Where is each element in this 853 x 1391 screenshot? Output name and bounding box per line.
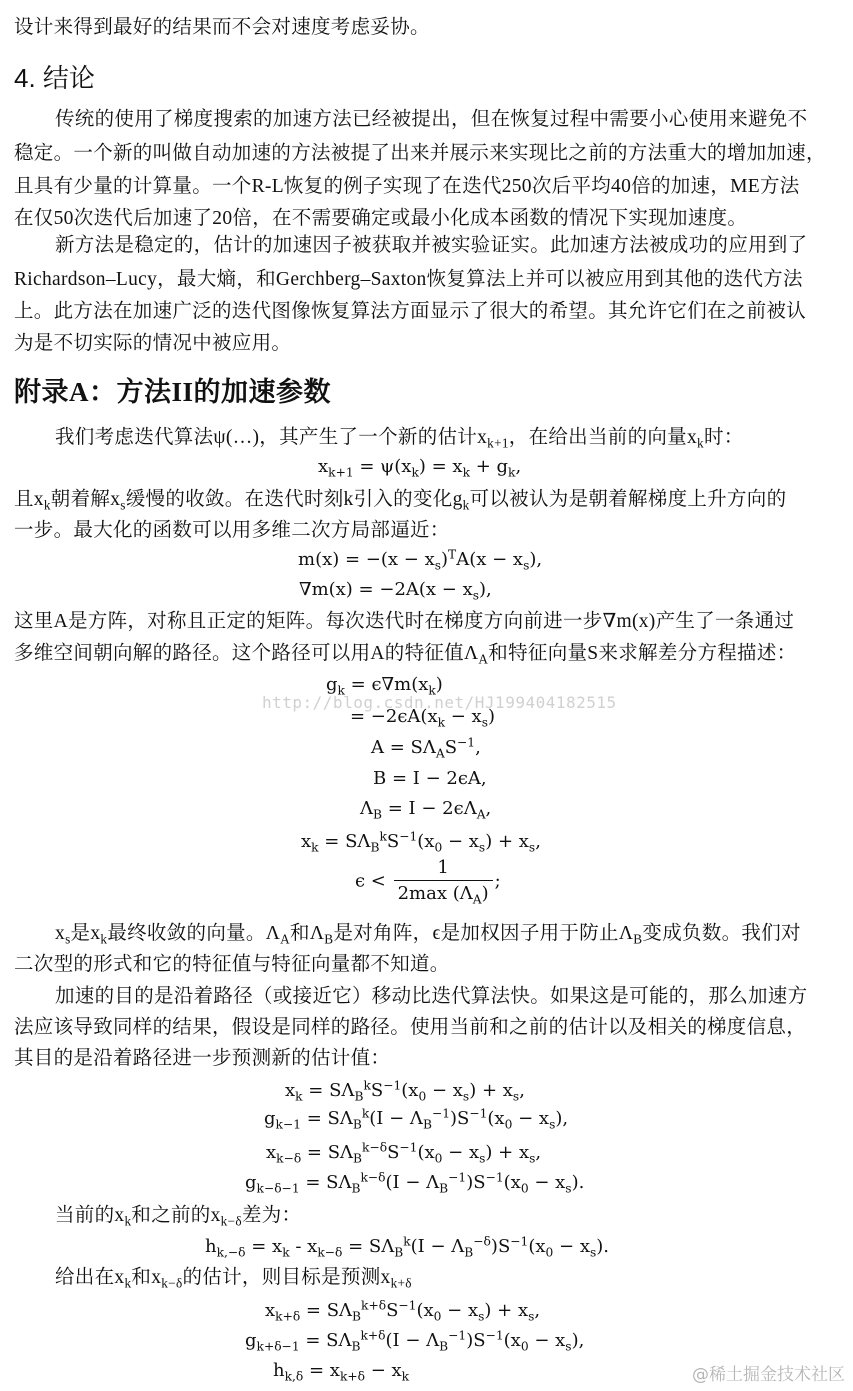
conclusion-p2-line1: 新方法是稳定的，估计的加速因子被获取并被实验证实。此加速方法被成功的应用到了 [55, 232, 807, 260]
equation-iteration: xk+1 = ψ(xk) = xk + gk, [318, 454, 521, 480]
equation-gk-plus-delta-1: gk+δ−1 = SΛBk+δ(I − ΛB−1)S−1(x0 − xs), [245, 1328, 584, 1354]
appendix-p6: 当前的xk和之前的xk−δ差为： [55, 1202, 301, 1230]
csdn-watermark: http://blog.csdn.net/HJ199404182515 [262, 693, 617, 712]
equation-xk-closed-form: xk = SΛBkS−1(x0 − xs) + xs, [301, 829, 541, 855]
equation-B: B = I − 2ϵA, [373, 766, 487, 792]
conclusion-p1-line3: 且具有少量的计算量。一个R-L恢复的例子实现了在迭代250次后平均40倍的加速，… [14, 173, 800, 201]
appendix-a-heading: 附录A：方法II的加速参数 [14, 370, 331, 409]
conclusion-p1-line4: 在仅50次迭代后加速了20倍，在不需要确定或最小化成本函数的情况下实现加速度。 [14, 205, 747, 233]
conclusion-p2-line4: 为是不切实际的情况中被应用。 [14, 330, 291, 358]
conclusion-p2-line3: 上。此方法在加速广泛的迭代图像恢复算法方面显示了很大的希望。其允许它们在之前被认 [14, 298, 806, 326]
equation-gk-minus-1: gk−1 = SΛBk(I − ΛB−1)S−1(x0 − xs), [264, 1106, 568, 1132]
section-4-heading: 4. 结论 [14, 58, 95, 95]
appendix-p7: 给出在xk和xk−δ的估计，则目标是预测xk+δ [55, 1264, 412, 1292]
equation-xk-plus-delta: xk+δ = SΛBk+δS−1(x0 − xs) + xs, [265, 1298, 540, 1324]
equation-A-decomp: A = SΛAS−1, [371, 735, 481, 761]
equation-gk-minus-delta-1: gk−δ−1 = SΛBk−δ(I − ΛB−1)S−1(x0 − xs). [245, 1170, 584, 1196]
conclusion-p1-line1: 传统的使用了梯度搜索的加速方法已经被提出，但在恢复过程中需要小心使用来避免不 [55, 106, 807, 134]
equation-h-minus-delta: hk,−δ = xk - xk−δ = SΛBk(I − ΛB−δ)S−1(x0… [205, 1234, 609, 1260]
appendix-p5-line3: 其目的是沿着路径进一步预测新的估计值： [14, 1045, 390, 1073]
equation-h-delta: hk,δ = xk+δ − xk [273, 1358, 409, 1384]
intro-tail-text: 设计来得到最好的结果而不会对速度考虑妥协。 [14, 14, 430, 42]
equation-xk-minus-delta: xk−δ = SΛBk−δS−1(x0 − xs) + xs, [266, 1140, 541, 1166]
appendix-p4-line1: xs是xk最终收敛的向量。ΛA和ΛB是对角阵，ϵ是加权因子用于防止ΛB变成负数。… [55, 920, 801, 948]
conclusion-p1-line2: 稳定。一个新的叫做自动加速的方法被提了出来并展示来实现比之前的方法重大的增加加速… [14, 140, 826, 168]
conclusion-p2-line2: Richardson–Lucy，最大熵，和Gerchberg–Saxton恢复算… [14, 266, 803, 294]
appendix-p2-line2: 一步。最大化的函数可以用多维二次方局部逼近： [14, 517, 450, 545]
appendix-p1: 我们考虑迭代算法ψ(…)，其产生了一个新的估计xk+1，在给出当前的向量xk时： [55, 424, 744, 452]
appendix-p3-line2: 多维空间朝向解的路径。这个路径可以用A的特征值ΛA和特征向量S来求解差分方程描述… [14, 640, 796, 668]
equation-gradient: ∇m(x) = −2A(x − xs), [299, 577, 492, 603]
equation-epsilon-bound: ϵ < 12max (ΛA); [355, 856, 501, 907]
document-page: 设计来得到最好的结果而不会对速度考虑妥协。 4. 结论 传统的使用了梯度搜索的加… [0, 0, 853, 1391]
equation-xk: xk = SΛBkS−1(x0 − xs) + xs, [285, 1078, 525, 1104]
equation-lambda-B: ΛB = I − 2ϵΛA, [360, 796, 491, 822]
juejin-watermark: @稀土掘金技术社区 [692, 1360, 845, 1385]
appendix-p5-line1: 加速的目的是沿着路径（或接近它）移动比迭代算法快。如果这是可能的，那么加速方 [55, 983, 807, 1011]
appendix-p2-line1: 且xk朝着解xs缓慢的收敛。在迭代时刻k引入的变化gk可以被认为是朝着解梯度上升… [14, 486, 786, 514]
appendix-p4-line2: 二次型的形式和它的特征值与特征向量都不知道。 [14, 951, 450, 979]
appendix-p5-line2: 法应该导致同样的结果，假设是同样的路径。使用当前和之前的估计以及相关的梯度信息， [14, 1014, 806, 1042]
equation-quadratic: m(x) = −(x − xs)TA(x − xs), [298, 547, 542, 573]
appendix-p3-line1: 这里A是方阵，对称且正定的矩阵。每次迭代时在梯度方向前进一步∇m(x)产生了一条… [14, 608, 794, 636]
fraction: 12max (ΛA) [394, 856, 493, 907]
